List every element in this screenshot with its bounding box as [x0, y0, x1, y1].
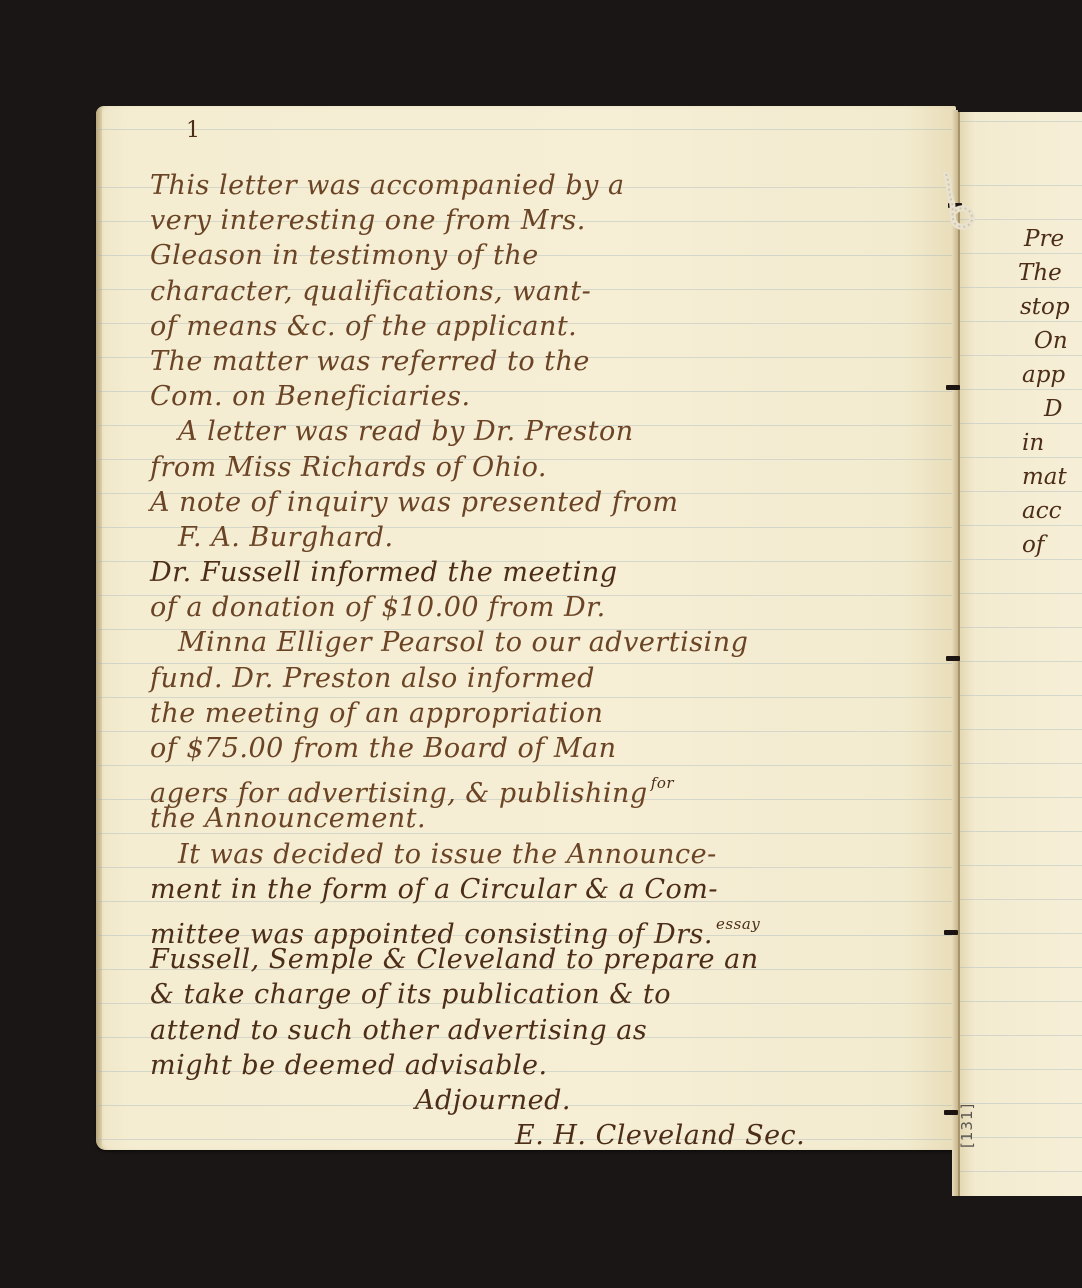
text-line: of a donation of $10.00 from Dr. — [150, 590, 940, 625]
text-line: Com. on Beneficiaries. — [150, 379, 940, 414]
text-line: might be deemed advisable. — [150, 1048, 940, 1083]
text-line: & take charge of its publication & to — [150, 977, 940, 1012]
fragment: mat — [1022, 460, 1070, 494]
text-line: Gleason in testimony of the — [150, 238, 940, 273]
text-line: Dr. Fussell informed the meeting — [150, 555, 940, 590]
fragment: On — [1034, 324, 1070, 358]
text-line: of means &c. of the applicant. — [150, 309, 940, 344]
text-line: agers for advertising, & publishing for — [150, 766, 940, 801]
text-line: of $75.00 from the Board of Man — [150, 731, 940, 766]
page-number: [131] — [958, 1103, 976, 1148]
binding-stitch — [946, 385, 960, 390]
binding-stitch — [946, 656, 960, 661]
fragment: acc — [1022, 494, 1070, 528]
interlinear-insertion: essay — [716, 915, 760, 933]
closing-line: Adjourned. — [150, 1083, 940, 1118]
text-line: fund. Dr. Preston also informed — [150, 661, 940, 696]
binding-stitch — [944, 930, 958, 935]
notebook-spread: 1 This letter was accompanied by a very … — [0, 0, 1082, 1288]
fragment: of — [1022, 528, 1070, 562]
fragment: Pre — [1024, 222, 1070, 256]
fragment: D — [1044, 392, 1070, 426]
right-page-text-fragments: Pre The stop On app D in mat acc of — [1024, 222, 1070, 562]
fragment: stop — [1020, 290, 1070, 324]
binding-stitch — [944, 1110, 958, 1115]
corner-mark: 1 — [186, 118, 200, 143]
fragment: The — [1018, 256, 1070, 290]
text-line: A note of inquiry was presented from — [150, 485, 940, 520]
text-line: Fussell, Semple & Cleveland to prepare a… — [150, 942, 940, 977]
handwritten-minutes: This letter was accompanied by a very in… — [150, 168, 940, 1153]
text-line: F. A. Burghard. — [150, 520, 940, 555]
text-line: Minna Elliger Pearsol to our advertising — [150, 625, 940, 660]
text-line: It was decided to issue the Announce- — [150, 837, 940, 872]
text-line: from Miss Richards of Ohio. — [150, 450, 940, 485]
text-line: This letter was accompanied by a — [150, 168, 940, 203]
text-line: character, qualifications, want- — [150, 274, 940, 309]
signature: E. H. Cleveland Sec. — [150, 1118, 940, 1153]
text-line: very interesting one from Mrs. — [150, 203, 940, 238]
text-line: attend to such other advertising as — [150, 1013, 940, 1048]
binding-thread-icon — [940, 172, 978, 230]
text-line: the meeting of an appropriation — [150, 696, 940, 731]
text-line: mittee was appointed consisting of Drs. … — [150, 907, 940, 942]
text-line: ment in the form of a Circular & a Com- — [150, 872, 940, 907]
fragment: in — [1022, 426, 1070, 460]
text-line: The matter was referred to the — [150, 344, 940, 379]
text-line: A letter was read by Dr. Preston — [150, 414, 940, 449]
fragment: app — [1022, 358, 1070, 392]
interlinear-insertion: for — [651, 774, 674, 792]
